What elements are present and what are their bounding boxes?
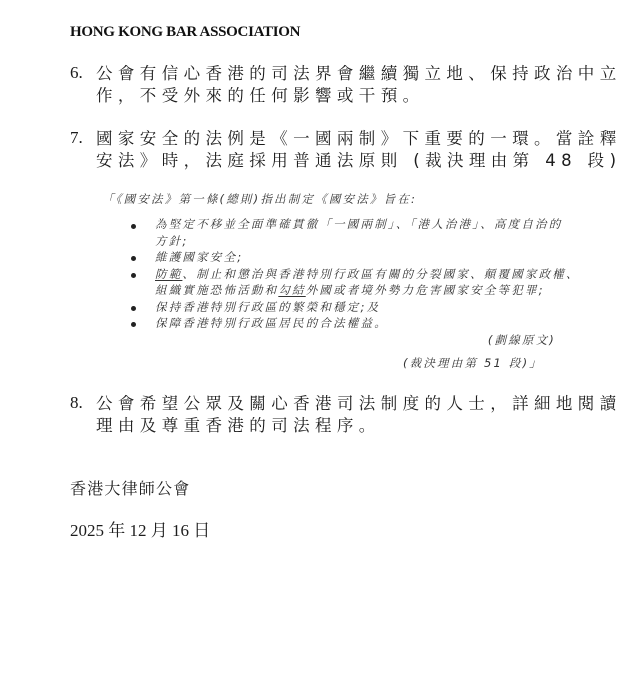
organization-header: HONG KONG BAR ASSOCIATION: [70, 24, 300, 41]
paragraph-line: 安法》時，法庭採用普通法原則 (裁決理由第 48 段)，並謹記: [96, 150, 621, 172]
signature: 香港大律師公會: [70, 476, 190, 499]
quote-citation: (裁決理由第 51 段)」: [403, 355, 543, 371]
text: 、制止和懲治與香港特別行政區有關的分裂國家、顛覆國家政權、: [182, 267, 579, 281]
paragraph-number: 7.: [70, 128, 83, 148]
paragraph-line: 公會有信心香港的司法界會繼續獨立地、保持政治中立地運: [96, 63, 621, 85]
paragraph-line: 理由及尊重香港的司法程序。: [96, 415, 381, 437]
text: 組織實施恐怖活動和: [155, 283, 278, 297]
bullet-icon: [131, 306, 136, 311]
bullet-text: 組織實施恐怖活動和勾結外國或者境外勢力危害國家安全等犯罪;: [155, 282, 545, 298]
paragraph-number: 6.: [70, 63, 83, 83]
emphasis-note: (劃線原文): [488, 332, 556, 348]
underlined-text: 防範: [155, 267, 182, 281]
quote-intro: 「《國安法》第一條(總則)指出制定《國安法》旨在:: [102, 191, 417, 207]
paragraph-line: 作，不受外來的任何影響或干預。: [96, 85, 425, 107]
bullet-icon: [131, 273, 136, 278]
underlined-text: 勾結: [278, 283, 305, 297]
bullet-text: 保持香港特別行政區的繁榮和穩定;及: [155, 299, 380, 315]
bullet-icon: [131, 322, 136, 327]
bullet-text: 方針;: [155, 233, 188, 249]
bullet-text: 防範、制止和懲治與香港特別行政區有關的分裂國家、顛覆國家政權、: [155, 266, 580, 282]
paragraph-number: 8.: [70, 393, 83, 413]
paragraph-line: 公會希望公眾及關心香港司法制度的人士，詳細地閱讀裁決: [96, 393, 621, 415]
text: 外國或者境外勢力危害國家安全等犯罪;: [306, 283, 545, 297]
bullet-text: 維護國家安全;: [155, 249, 243, 265]
bullet-text: 保障香港特別行政區居民的合法權益。: [155, 315, 388, 331]
bullet-icon: [131, 256, 136, 261]
document-date: 2025 年 12 月 16 日: [70, 516, 210, 541]
bullet-icon: [131, 224, 136, 229]
paragraph-line: 國家安全的法例是《一國兩制》下重要的一環。當詮釋《國: [96, 128, 621, 150]
bullet-text: 為堅定不移並全面準確貫徹「一國兩制」、「港人治港」、高度自治的: [155, 216, 562, 232]
